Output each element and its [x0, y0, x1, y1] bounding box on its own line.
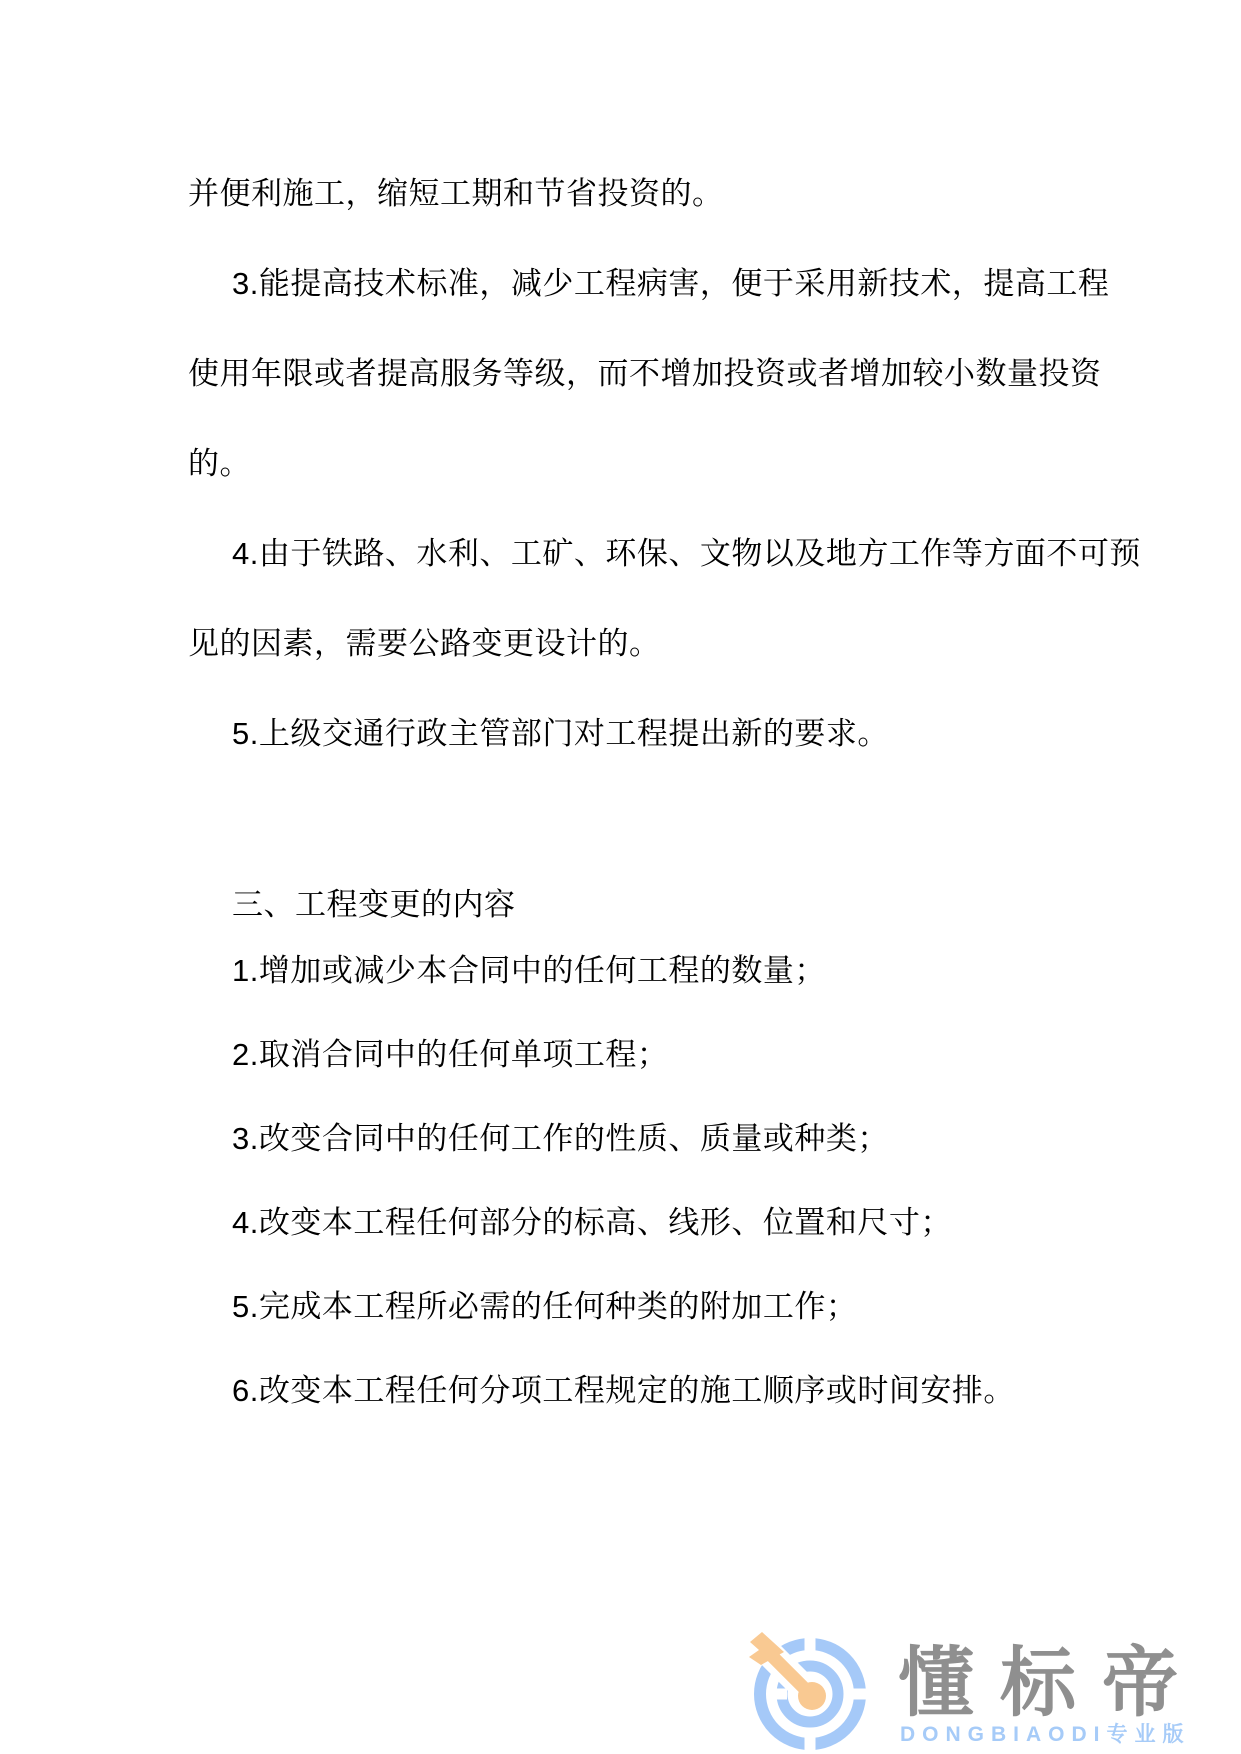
target-dart-icon — [748, 1632, 870, 1754]
paragraph-line: 使用年限或者提高服务等级，而不增加投资或者增加较小数量投资 — [188, 329, 1068, 419]
paragraph-line: 见的因素，需要公路变更设计的。 — [188, 599, 1068, 689]
brand-watermark: 懂标帝 DONGBIAODI专业版 — [748, 1632, 1241, 1754]
body-paragraphs: 并便利施工，缩短工期和节省投资的。 3.能提高技术标准，减少工程病害，便于采用新… — [188, 149, 1068, 779]
paragraph-line: 并便利施工，缩短工期和节省投资的。 — [188, 149, 1068, 239]
document-page: 并便利施工，缩短工期和节省投资的。 3.能提高技术标准，减少工程病害，便于采用新… — [0, 0, 1241, 1754]
list-item: 5.完成本工程所必需的任何种类的附加工作； — [188, 1265, 1068, 1349]
list-item: 1.增加或减少本合同中的任何工程的数量； — [188, 929, 1068, 1013]
change-content-list: 1.增加或减少本合同中的任何工程的数量； 2.取消合同中的任何单项工程； 3.改… — [188, 929, 1068, 1433]
paragraph-line: 的。 — [188, 419, 1068, 509]
paragraph-line: 4.由于铁路、水利、工矿、环保、文物以及地方工作等方面不可预 — [188, 509, 1068, 599]
paragraph-line: 3.能提高技术标准，减少工程病害，便于采用新技术，提高工程 — [188, 239, 1068, 329]
list-item: 4.改变本工程任何部分的标高、线形、位置和尺寸； — [188, 1181, 1068, 1265]
brand-name-cn: 懂标帝 — [898, 1646, 1204, 1722]
brand-name-sub: DONGBIAODI专业版 — [900, 1724, 1191, 1746]
list-item: 2.取消合同中的任何单项工程； — [188, 1013, 1068, 1097]
paragraph-line: 5.上级交通行政主管部门对工程提出新的要求。 — [188, 689, 1068, 779]
list-item: 6.改变本工程任何分项工程规定的施工顺序或时间安排。 — [188, 1349, 1068, 1433]
list-item: 3.改变合同中的任何工作的性质、质量或种类； — [188, 1097, 1068, 1181]
